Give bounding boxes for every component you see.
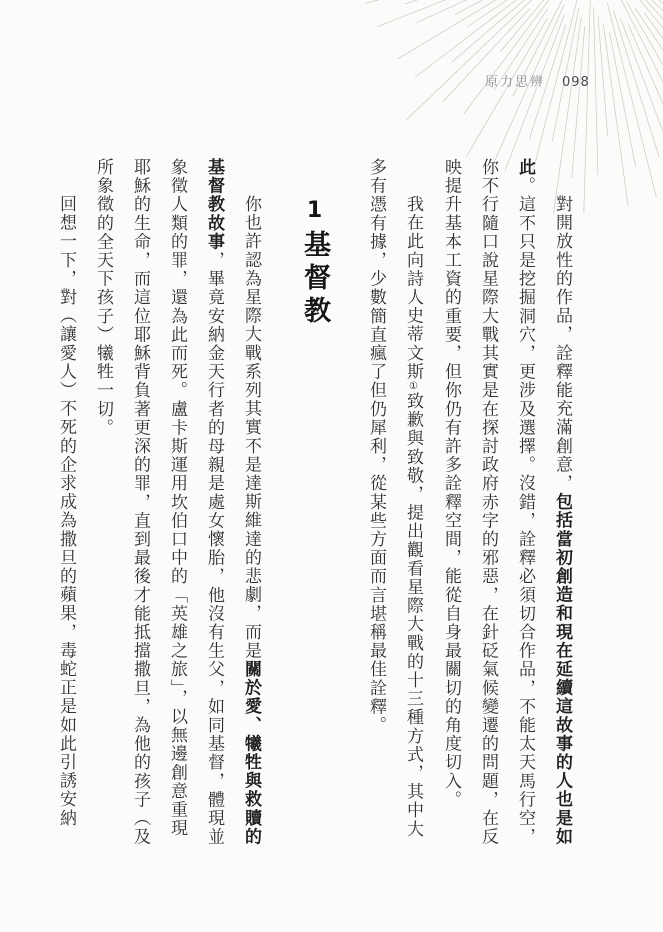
paragraph: 你也許認為星際大戰系列其實不是達斯維達的悲劇，而是關於愛、犧牲與救贖的基督教故事… [84,158,269,850]
chapter-heading: 1基督教 [291,158,337,850]
book-page: 原力思辨 098 對開放性的作品，詮釋能充滿創意，包括當初創造和現在延續這故事的… [0,0,663,932]
body-run: 我在此向詩人史蒂文斯 [403,195,423,381]
body-run: 你也許認為星際大戰系列其實不是達斯維達的悲劇，而是 [241,195,261,660]
body-run: 回想一下，對（讓愛人）不死的企求成為撒旦的蘋果，毒蛇正是如此引誘安納 [56,195,76,827]
body-run: ，畢竟安納金天行者的母親是處女懷胎，他沒有生父，如同基督，體現並象徵人類的罪，還… [93,158,224,846]
body-text: 對開放性的作品，詮釋能充滿創意，包括當初創造和現在延續這故事的人也是如此。這不只… [75,158,580,850]
paragraph: 對開放性的作品，詮釋能充滿創意，包括當初創造和現在延續這故事的人也是如此。這不只… [432,158,580,850]
running-header: 原力思辨 098 [485,71,590,90]
page-number: 098 [562,75,590,90]
chapter-title: 基督教 [299,230,330,329]
body-run: 。這不只是挖掘洞穴，更涉及選擇。沒錯，詮釋必須切合作品，不能太天馬行空，你不行隨… [441,158,535,846]
footnote-marker: ① [408,381,419,392]
chapter-number: 1 [302,198,327,223]
body-run: 對開放性的作品，詮釋能充滿創意， [552,195,572,493]
paragraph: 回想一下，對（讓愛人）不死的企求成為撒旦的蘋果，毒蛇正是如此引誘安納 [47,158,84,850]
running-header-title: 原力思辨 [485,71,545,90]
paragraph: 我在此向詩人史蒂文斯①致歉與致敬，提出觀看星際大戰的十三種方式，其中大多有憑有據… [357,158,432,850]
